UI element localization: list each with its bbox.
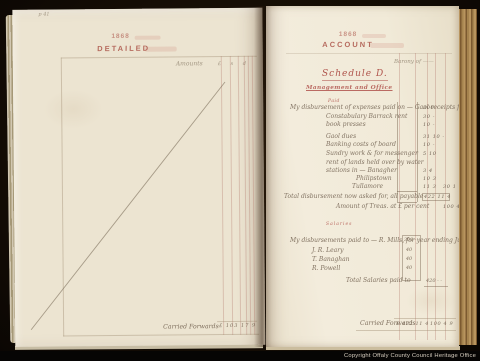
entry-text: book presses — [326, 121, 366, 128]
ruling-line — [61, 56, 257, 59]
entry-amount: 30 - — [423, 114, 447, 120]
stamp-smudge — [135, 36, 161, 40]
money-column-rule — [221, 56, 224, 335]
salary-row: T. Banaghan — [312, 256, 350, 263]
page-stack-right-edge — [458, 9, 477, 345]
money-column-headings: £ s d — [218, 61, 250, 67]
entry-text: Sundry work & for messenger — [326, 150, 418, 157]
entry-text: stations in — Banagher — [326, 167, 397, 174]
ledger-row: book presses10 - — [290, 121, 459, 130]
money-column-rule — [248, 56, 251, 335]
right-page: 1868 ACCOUNT Barony of —— Schedule D. Ma… — [266, 6, 459, 347]
entry-amount: 3 4 — [423, 168, 447, 174]
entry-text: Tullamore — [352, 183, 383, 190]
carried-forward-amount: £ 422 11 4 — [396, 321, 429, 327]
paper-stain — [43, 89, 103, 130]
paper-stain — [406, 286, 456, 316]
ruling-line — [356, 330, 456, 331]
copyright-text: Copyright Offaly County Council Heritage… — [344, 353, 476, 359]
salaries-header: Salaries — [326, 222, 352, 227]
money-column-rule — [238, 56, 241, 335]
entry-amount: 100 4 9 — [443, 204, 459, 210]
entry-amount: 10 - — [423, 122, 447, 128]
carried-forward-label: Carried Forwards — [163, 323, 219, 330]
entry-text: Constabulary Barrack rent — [326, 113, 407, 120]
stamp-smudge — [370, 43, 404, 48]
money-column-rule — [230, 56, 233, 335]
copyright-bar: Copyright Offaly County Council Heritage… — [0, 351, 480, 361]
salary-amount: 40 — [406, 257, 412, 262]
stamp-smudge — [362, 34, 386, 38]
corner-note: p 41 — [38, 12, 49, 18]
entry-text: Gaol dues — [326, 133, 356, 140]
entry-subtotal: 30 1 — [443, 184, 459, 190]
entry-amount: 5 10 — [423, 151, 447, 157]
salary-amount: 300 - - — [404, 238, 419, 243]
ruling-line — [394, 318, 456, 319]
diagonal-cancel-line — [12, 8, 265, 347]
entry-total-amount: 422 11 4 — [423, 194, 449, 200]
ruling-line — [63, 334, 259, 337]
salaries-total-label: Total Salaries paid to — [346, 277, 411, 284]
entry-amount: 10 3 — [423, 176, 447, 182]
salary-row: R. Powell — [312, 265, 340, 272]
carried-forward-amount-2: 100 4 9 — [430, 321, 453, 327]
ledger-row: Amount of Treas. at £ per cent100 4 9 — [290, 203, 459, 212]
schedule-title: Schedule D. — [322, 69, 388, 81]
salary-amount: 40 — [406, 266, 412, 271]
salary-row: My disbursements paid to — R. Mills, for… — [290, 237, 459, 244]
money-column-rule — [252, 56, 255, 335]
ledger-total-row: Total disbursement now asked for, all pa… — [284, 193, 452, 202]
salary-row: J. R. Leary — [312, 247, 343, 254]
entry-text: Banking costs of board — [326, 141, 396, 148]
entry-amount: 300 - - — [423, 105, 447, 111]
schedule-subtitle: Management and Office — [306, 85, 393, 91]
ledger-row: My disbursement of expenses paid on — Ga… — [290, 104, 458, 113]
ruling-line — [61, 57, 64, 336]
ledger-row: Tullamore11 330 1 — [290, 183, 459, 192]
ledger-row: Banking costs of board10 - — [290, 141, 459, 150]
salaries-total-amount: 420 - - — [426, 278, 442, 284]
ledger-scan-photo: p 41 1868 DETAILED Amounts £ s d Carried… — [0, 0, 480, 361]
money-column-rule — [244, 56, 247, 335]
left-page: p 41 1868 DETAILED Amounts £ s d Carried… — [12, 8, 265, 347]
salary-amount: 40 — [406, 248, 412, 253]
ledger-row: Sundry work & for messenger5 10 — [290, 150, 459, 159]
entry-amount: 10 - — [423, 142, 447, 148]
entry-amount: 31 10 - — [423, 134, 447, 140]
header-note: Amounts — [176, 60, 203, 67]
total-rule — [424, 286, 448, 287]
stamp-smudge — [145, 46, 177, 51]
carried-forward-amount: £ 103 17 9 — [219, 323, 256, 329]
entry-text: rent of lands held over by water — [326, 159, 424, 166]
entry-text: Amount of Treas. at £ per cent — [336, 203, 429, 210]
entry-text: Total disbursement now asked for, all pa… — [284, 193, 423, 200]
entry-text: Philipstown — [356, 175, 392, 182]
